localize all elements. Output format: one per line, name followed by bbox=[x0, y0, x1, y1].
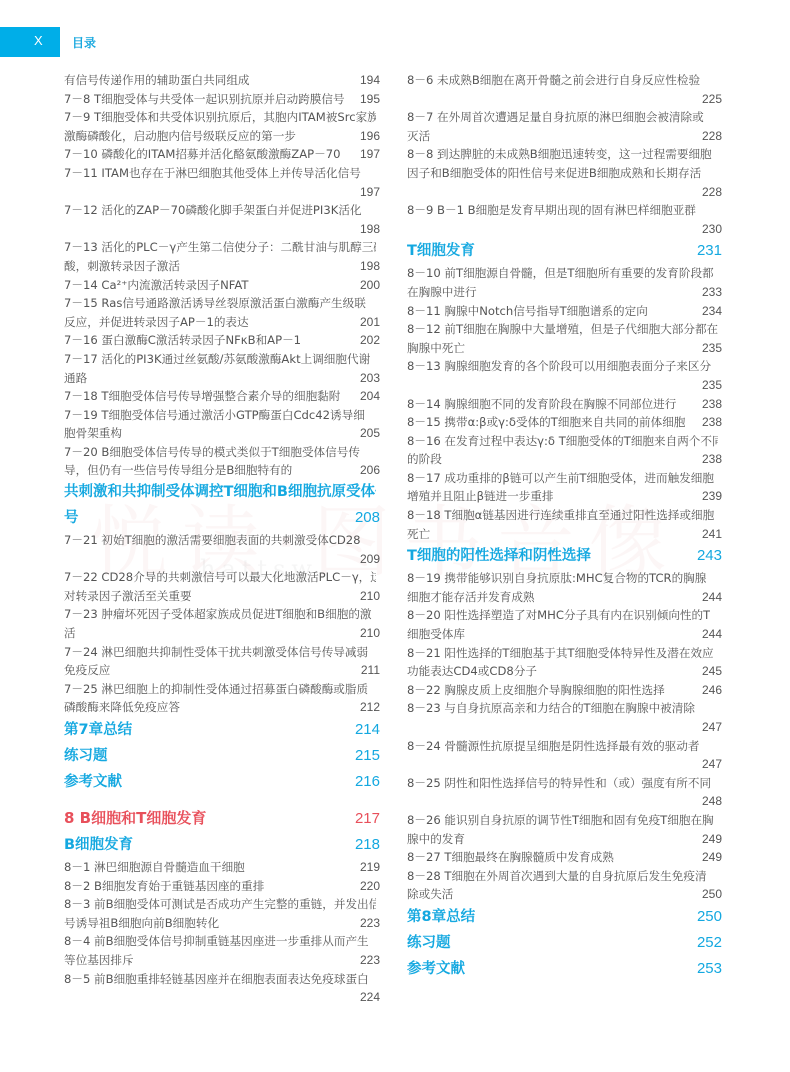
toc-entry-title: 8－14 胸腺细胞不同的发育阶段在胸腺不同部位进行 bbox=[407, 395, 676, 414]
toc-entry-title: 8－24 骨髓源性抗原提呈细胞是阴性选择最有效的驱动者 bbox=[407, 737, 699, 756]
toc-section-heading[interactable]: T细胞发育231 bbox=[407, 238, 722, 264]
toc-entry-title: 因子和B细胞受体的阳性信号来促进B细胞成熟和长期存活 bbox=[407, 164, 701, 183]
toc-page-number: 197 bbox=[356, 145, 380, 164]
toc-entry-title: 等位基因排斥 bbox=[64, 951, 134, 970]
toc-entry-title: 增殖并且阻止β链进一步重排 bbox=[407, 487, 554, 506]
toc-entry-title: 导，但仍有一些信号传导组分是B细胞特有的 bbox=[64, 461, 292, 480]
toc-entry-title: 号 bbox=[64, 506, 79, 531]
toc-page-number: 248 bbox=[698, 792, 722, 811]
toc-page-number: 208 bbox=[351, 505, 380, 530]
toc-entry-title: 练习题 bbox=[64, 744, 108, 769]
toc-page-number: 230 bbox=[698, 220, 722, 239]
toc-page-number: 233 bbox=[698, 283, 722, 302]
toc-entry-title: 7－16 蛋白激酶C激活转录因子NFκB和AP－1 bbox=[64, 331, 301, 350]
toc-page-number: 235 bbox=[698, 376, 722, 395]
toc-entry-title: 除或失活 bbox=[407, 885, 453, 904]
toc-entry-line[interactable]: 对转录因子激活至关重要210 bbox=[64, 587, 380, 606]
toc-entry-line[interactable]: 8－7 在外周首次遭遇足量自身抗原的淋巴细胞会被清除或 bbox=[407, 108, 722, 127]
toc-entry-title: 8－11 胸腺中Notch信号指导T细胞谱系的定向 bbox=[407, 302, 648, 321]
toc-entry-title: 参考文献 bbox=[64, 770, 122, 795]
toc-entry-title: 8－2 B细胞发育始于重链基因座的重排 bbox=[64, 877, 264, 896]
toc-entry-title: 7－19 T细胞受体信号通过激活小GTP酶蛋白Cdc42诱导细 bbox=[64, 406, 365, 425]
toc-entry-line[interactable]: 8－10 前T细胞源自骨髓，但是T细胞所有重要的发育阶段都 bbox=[407, 264, 722, 283]
toc-entry-line[interactable]: 8－13 胸腺细胞发育的各个阶段可以用细胞表面分子来区分 bbox=[407, 357, 722, 376]
toc-entry-line[interactable]: 免疫反应211 bbox=[64, 661, 380, 680]
toc-entry-line[interactable]: 等位基因排斥223 bbox=[64, 951, 380, 970]
toc-entry-line[interactable]: 除或失活250 bbox=[407, 885, 722, 904]
toc-entry-title: 7－20 B细胞受体信号传导的模式类似于T细胞受体信号传 bbox=[64, 443, 360, 462]
toc-entry-title: 8－18 T细胞α链基因进行连续重排直至通过阳性选择或细胞 bbox=[407, 506, 714, 525]
toc-entry-line[interactable]: 8－24 骨髓源性抗原提呈细胞是阴性选择最有效的驱动者 bbox=[407, 737, 722, 756]
toc-entry-line[interactable]: 7－9 T细胞受体和共受体识别抗原后，其胞内ITAM被Src家族 bbox=[64, 108, 380, 127]
toc-entry-line[interactable]: 8－1 淋巴细胞源自骨髓造血干细胞219 bbox=[64, 858, 380, 877]
toc-entry-title: 8－22 胸腺皮质上皮细胞介导胸腺细胞的阳性选择 bbox=[407, 681, 665, 700]
toc-entry-line[interactable]: 8－4 前B细胞受体信号抑制重链基因座进一步重排从而产生 bbox=[64, 932, 380, 951]
toc-page-number: 223 bbox=[356, 914, 380, 933]
toc-page-number: 204 bbox=[356, 387, 380, 406]
toc-entry-line[interactable]: 8－17 成功重排的β链可以产生前T细胞受体，进而触发细胞 bbox=[407, 469, 722, 488]
toc-page-number: 228 bbox=[698, 183, 722, 202]
toc-entry-line[interactable]: 8－18 T细胞α链基因进行连续重排直至通过阳性选择或细胞 bbox=[407, 506, 722, 525]
toc-entry-title: T细胞发育 bbox=[407, 239, 475, 264]
toc-page-number: 239 bbox=[698, 487, 722, 506]
toc-page-number: 250 bbox=[698, 885, 722, 904]
toc-entry-title: 7－18 T细胞受体信号传导增强整合素介导的细胞黏附 bbox=[64, 387, 340, 406]
toc-entry-title: 8－15 携带α:β或γ:δ受体的T细胞来自共同的前体细胞 bbox=[407, 413, 685, 432]
toc-page-number: 243 bbox=[693, 543, 722, 568]
toc-entry-line[interactable]: 7－13 活化的PLC－γ产生第二信使分子：二酰甘油与肌醇三磷 bbox=[64, 238, 380, 257]
toc-page-number: 198 bbox=[356, 220, 380, 239]
toc-entry-title: T细胞的阳性选择和阴性选择 bbox=[407, 544, 591, 569]
toc-entry-page-line[interactable]: 225 bbox=[407, 90, 722, 109]
toc-entry-line[interactable]: 胸腺中死亡235 bbox=[407, 339, 722, 358]
toc-entry-line[interactable]: 细胞才能存活并发育成熟244 bbox=[407, 588, 722, 607]
toc-entry-title: 练习题 bbox=[407, 931, 451, 956]
toc-page-number: 244 bbox=[698, 588, 722, 607]
toc-entry-line[interactable]: 7－11 ITAM也存在于淋巴细胞其他受体上并传导活化信号 bbox=[64, 164, 380, 183]
toc-entry-line[interactable]: 7－17 活化的PI3K通过丝氨酸/苏氨酸激酶Akt上调细胞代谢 bbox=[64, 350, 380, 369]
toc-entry-line[interactable]: 细胞受体库244 bbox=[407, 625, 722, 644]
toc-entry-page-line[interactable]: 235 bbox=[407, 376, 722, 395]
toc-entry-title: 磷酸酶来降低免疫应答 bbox=[64, 698, 180, 717]
toc-entry-line[interactable]: 7－23 肿瘤坏死因子受体超家族成员促进T细胞和B细胞的激 bbox=[64, 605, 380, 624]
page-title: 目录 bbox=[72, 34, 96, 51]
toc-page-number: 203 bbox=[356, 369, 380, 388]
toc-page-number: 219 bbox=[356, 858, 380, 877]
toc-entry-line[interactable]: 7－14 Ca²⁺内流激活转录因子NFAT200 bbox=[64, 276, 380, 295]
toc-entry-line[interactable]: 通路203 bbox=[64, 369, 380, 388]
toc-entry-title: 8－19 携带能够识别自身抗原肽:MHC复合物的TCR的胸腺 bbox=[407, 569, 706, 588]
toc-entry-line[interactable]: 灭活228 bbox=[407, 127, 722, 146]
toc-page-number: 241 bbox=[698, 525, 722, 544]
toc-section-heading[interactable]: 参考文献216 bbox=[64, 769, 380, 795]
toc-entry-title: B细胞发育 bbox=[64, 833, 133, 858]
toc-entry-line[interactable]: 7－21 初始T细胞的激活需要细胞表面的共刺激受体CD28 bbox=[64, 531, 380, 550]
toc-entry-title: 死亡 bbox=[407, 525, 430, 544]
toc-entry-title: 号诱导祖B细胞向前B细胞转化 bbox=[64, 914, 219, 933]
toc-entry-line[interactable]: 导，但仍有一些信号传导组分是B细胞特有的206 bbox=[64, 461, 380, 480]
toc-section-heading[interactable]: B细胞发育218 bbox=[64, 832, 380, 858]
toc-entry-line[interactable]: 7－22 CD28介导的共刺激信号可以最大化地激活PLC－γ，这 bbox=[64, 568, 380, 587]
toc-entry-title: 7－23 肿瘤坏死因子受体超家族成员促进T细胞和B细胞的激 bbox=[64, 605, 372, 624]
toc-entry-title: 8－4 前B细胞受体信号抑制重链基因座进一步重排从而产生 bbox=[64, 932, 369, 951]
toc-entry-line[interactable]: 8－6 未成熟B细胞在离开骨髓之前会进行自身反应性检验 bbox=[407, 71, 722, 90]
toc-page-number: 249 bbox=[698, 848, 722, 867]
toc-entry-line[interactable]: 反应，并促进转录因子AP－1的表达201 bbox=[64, 313, 380, 332]
toc-entry-title: 8－8 到达脾脏的未成熟B细胞迅速转变，这一过程需要细胞 bbox=[407, 145, 712, 164]
toc-entry-line[interactable]: 有信号传递作用的辅助蛋白共同组成194 bbox=[64, 71, 380, 90]
toc-entry-title: 8－16 在发育过程中表达γ:δ T细胞受体的T细胞来自两个不同 bbox=[407, 432, 718, 451]
toc-entry-line[interactable]: 8－25 阴性和阳性选择信号的特异性和（或）强度有所不同 bbox=[407, 774, 722, 793]
toc-page-number: 210 bbox=[356, 624, 380, 643]
toc-entry-title: 功能表达CD4或CD8分子 bbox=[407, 662, 537, 681]
toc-page-number: 196 bbox=[356, 127, 380, 146]
toc-entry-line[interactable]: 7－20 B细胞受体信号传导的模式类似于T细胞受体信号传 bbox=[64, 443, 380, 462]
toc-entry-page-line[interactable]: 198 bbox=[64, 220, 380, 239]
toc-entry-title: 酸，刺激转录因子激活 bbox=[64, 257, 180, 276]
toc-entry-title: 7－17 活化的PI3K通过丝氨酸/苏氨酸激酶Akt上调细胞代谢 bbox=[64, 350, 370, 369]
toc-page-number: 247 bbox=[698, 755, 722, 774]
toc-entry-line[interactable]: 8－8 到达脾脏的未成熟B细胞迅速转变，这一过程需要细胞 bbox=[407, 145, 722, 164]
toc-entry-line[interactable]: 8－26 能识别自身抗原的调节性T细胞和固有免疫T细胞在胸 bbox=[407, 811, 722, 830]
toc-entry-line[interactable]: 7－19 T细胞受体信号通过激活小GTP酶蛋白Cdc42诱导细 bbox=[64, 406, 380, 425]
page-number: X bbox=[34, 33, 43, 48]
toc-section-heading[interactable]: 共刺激和共抑制受体调控T细胞和B细胞抗原受体信 bbox=[64, 480, 380, 505]
toc-chapter-heading[interactable]: 8 B细胞和T细胞发育217 bbox=[64, 805, 380, 832]
toc-entry-title: 在胸腺中进行 bbox=[407, 283, 477, 302]
toc-entry-line[interactable]: 在胸腺中进行233 bbox=[407, 283, 722, 302]
toc-entry-title: 7－10 磷酸化的ITAM招募并活化酪氨酸激酶ZAP－70 bbox=[64, 145, 340, 164]
toc-right-column: 8－6 未成熟B细胞在离开骨髓之前会进行自身反应性检验2258－7 在外周首次遭… bbox=[407, 71, 722, 982]
toc-page-number: 194 bbox=[356, 71, 380, 90]
toc-page-number: 214 bbox=[351, 717, 380, 742]
toc-entry-title: 激酶磷酸化，启动胞内信号级联反应的第一步 bbox=[64, 127, 296, 146]
toc-left-column: 有信号传递作用的辅助蛋白共同组成1947－8 T细胞受体与共受体一起识别抗原并启… bbox=[64, 71, 380, 1007]
toc-page-number: 218 bbox=[351, 832, 380, 857]
toc-page-number: 210 bbox=[356, 587, 380, 606]
toc-page-number: 198 bbox=[356, 257, 380, 276]
toc-entry-title: 8－3 前B细胞受体可测试是否成功产生完整的重链，并发出信 bbox=[64, 895, 376, 914]
toc-entry-title: 8－12 前T细胞在胸腺中大量增殖，但是子代细胞大部分都在 bbox=[407, 320, 718, 339]
toc-page-number: 201 bbox=[356, 313, 380, 332]
toc-entry-line[interactable]: 8－3 前B细胞受体可测试是否成功产生完整的重链，并发出信 bbox=[64, 895, 380, 914]
toc-entry-line[interactable]: 8－20 阳性选择塑造了对MHC分子具有内在识别倾向性的T bbox=[407, 606, 722, 625]
toc-entry-page-line[interactable]: 247 bbox=[407, 755, 722, 774]
toc-entry-line[interactable]: 8－28 T细胞在外周首次遇到大量的自身抗原后发生免疫清 bbox=[407, 867, 722, 886]
toc-entry-title: 反应，并促进转录因子AP－1的表达 bbox=[64, 313, 249, 332]
toc-entry-title: 活 bbox=[64, 624, 76, 643]
toc-entry-line[interactable]: 8－9 B－1 B细胞是发育早期出现的固有淋巴样细胞亚群 bbox=[407, 201, 722, 220]
toc-entry-title: 8－28 T细胞在外周首次遇到大量的自身抗原后发生免疫清 bbox=[407, 867, 707, 886]
toc-entry-title: 8－26 能识别自身抗原的调节性T细胞和固有免疫T细胞在胸 bbox=[407, 811, 714, 830]
toc-section-heading[interactable]: 参考文献253 bbox=[407, 956, 722, 982]
toc-page-number: 238 bbox=[698, 395, 722, 414]
toc-entry-line[interactable]: 7－18 T细胞受体信号传导增强整合素介导的细胞黏附204 bbox=[64, 387, 380, 406]
toc-entry-title: 7－22 CD28介导的共刺激信号可以最大化地激活PLC－γ，这 bbox=[64, 568, 376, 587]
toc-entry-line[interactable]: 胞骨架重构205 bbox=[64, 424, 380, 443]
toc-page-number: 252 bbox=[693, 930, 722, 955]
toc-entry-title: 7－12 活化的ZAP－70磷酸化脚手架蛋白并促进PI3K活化 bbox=[64, 201, 362, 220]
toc-entry-line[interactable]: 功能表达CD4或CD8分子245 bbox=[407, 662, 722, 681]
toc-entry-line[interactable]: 7－15 Ras信号通路激活诱导丝裂原激活蛋白激酶产生级联 bbox=[64, 294, 380, 313]
toc-entry-line[interactable]: 7－25 淋巴细胞上的抑制性受体通过招募蛋白磷酸酶或脂质 bbox=[64, 680, 380, 699]
toc-entry-line[interactable]: 8－2 B细胞发育始于重链基因座的重排220 bbox=[64, 877, 380, 896]
toc-page-number: 217 bbox=[351, 806, 380, 832]
toc-entry-title: 7－25 淋巴细胞上的抑制性受体通过招募蛋白磷酸酶或脂质 bbox=[64, 680, 368, 699]
toc-entry-page-line[interactable]: 197 bbox=[64, 183, 380, 202]
toc-entry-title: 的阶段 bbox=[407, 450, 442, 469]
toc-entry-line[interactable]: 激酶磷酸化，启动胞内信号级联反应的第一步196 bbox=[64, 127, 380, 146]
toc-entry-line[interactable]: 7－8 T细胞受体与共受体一起识别抗原并启动跨膜信号195 bbox=[64, 90, 380, 109]
toc-section-heading[interactable]: 第7章总结214 bbox=[64, 717, 380, 743]
toc-entry-line[interactable]: 8－19 携带能够识别自身抗原肽:MHC复合物的TCR的胸腺 bbox=[407, 569, 722, 588]
toc-entry-title: 7－24 淋巴细胞共抑制性受体干扰共刺激受体信号传导减弱 bbox=[64, 643, 368, 662]
toc-page-number: 245 bbox=[698, 662, 722, 681]
toc-page-number: 200 bbox=[356, 276, 380, 295]
toc-page-number: 224 bbox=[356, 988, 380, 1007]
toc-page-number: 197 bbox=[356, 183, 380, 202]
toc-page-number: 211 bbox=[357, 661, 380, 680]
toc-entry-title: 8－9 B－1 B细胞是发育早期出现的固有淋巴样细胞亚群 bbox=[407, 201, 696, 220]
toc-entry-page-line[interactable]: 247 bbox=[407, 718, 722, 737]
toc-entry-page-line[interactable]: 228 bbox=[407, 183, 722, 202]
toc-entry-title: 8－17 成功重排的β链可以产生前T细胞受体，进而触发细胞 bbox=[407, 469, 714, 488]
toc-entry-line[interactable]: 8－27 T细胞最终在胸腺髓质中发育成熟249 bbox=[407, 848, 722, 867]
toc-page-number: 231 bbox=[693, 238, 722, 263]
toc-section-heading[interactable]: 练习题252 bbox=[407, 930, 722, 956]
toc-entry-line[interactable]: 7－12 活化的ZAP－70磷酸化脚手架蛋白并促进PI3K活化 bbox=[64, 201, 380, 220]
toc-page-number: 234 bbox=[698, 302, 722, 321]
toc-entry-title: 8－23 与自身抗原高亲和力结合的T细胞在胸腺中被清除 bbox=[407, 699, 695, 718]
toc-entry-page-line[interactable]: 209 bbox=[64, 550, 380, 569]
toc-entry-line[interactable]: 8－23 与自身抗原高亲和力结合的T细胞在胸腺中被清除 bbox=[407, 699, 722, 718]
toc-entry-line[interactable]: 增殖并且阻止β链进一步重排239 bbox=[407, 487, 722, 506]
toc-entry-title: 7－8 T细胞受体与共受体一起识别抗原并启动跨膜信号 bbox=[64, 90, 345, 109]
toc-page-number: 253 bbox=[693, 956, 722, 981]
toc-page-number: 228 bbox=[698, 127, 722, 146]
toc-page-number: 244 bbox=[698, 625, 722, 644]
toc-entry-line[interactable]: 8－12 前T细胞在胸腺中大量增殖，但是子代细胞大部分都在 bbox=[407, 320, 722, 339]
toc-entry-line[interactable]: 酸，刺激转录因子激活198 bbox=[64, 257, 380, 276]
toc-entry-line[interactable]: 活210 bbox=[64, 624, 380, 643]
toc-entry-title: 8 B细胞和T细胞发育 bbox=[64, 805, 206, 831]
toc-entry-title: 第7章总结 bbox=[64, 718, 132, 743]
toc-entry-title: 胸腺中死亡 bbox=[407, 339, 465, 358]
toc-entry-page-line[interactable]: 230 bbox=[407, 220, 722, 239]
toc-entry-line[interactable]: 的阶段238 bbox=[407, 450, 722, 469]
toc-entry-title: 7－9 T细胞受体和共受体识别抗原后，其胞内ITAM被Src家族 bbox=[64, 108, 376, 127]
toc-page-number: 220 bbox=[356, 877, 380, 896]
toc-entry-title: 8－27 T细胞最终在胸腺髓质中发育成熟 bbox=[407, 848, 614, 867]
toc-entry-title: 7－21 初始T细胞的激活需要细胞表面的共刺激受体CD28 bbox=[64, 531, 361, 550]
toc-section-heading[interactable]: 号208 bbox=[64, 505, 380, 531]
toc-entry-title: 8－10 前T细胞源自骨髓，但是T细胞所有重要的发育阶段都 bbox=[407, 264, 714, 283]
toc-page-number: 202 bbox=[356, 331, 380, 350]
toc-entry-title: 有信号传递作用的辅助蛋白共同组成 bbox=[64, 71, 250, 90]
toc-entry-title: 细胞才能存活并发育成熟 bbox=[407, 588, 535, 607]
toc-entry-title: 8－6 未成熟B细胞在离开骨髓之前会进行自身反应性检验 bbox=[407, 71, 700, 90]
toc-section-heading[interactable]: T细胞的阳性选择和阴性选择243 bbox=[407, 543, 722, 569]
toc-page-number: 250 bbox=[693, 904, 722, 929]
toc-entry-line[interactable]: 7－16 蛋白激酶C激活转录因子NFκB和AP－1202 bbox=[64, 331, 380, 350]
toc-page-number: 223 bbox=[356, 951, 380, 970]
toc-entry-line[interactable]: 腺中的发育249 bbox=[407, 830, 722, 849]
toc-entry-line[interactable]: 8－16 在发育过程中表达γ:δ T细胞受体的T细胞来自两个不同 bbox=[407, 432, 722, 451]
toc-entry-title: 8－25 阴性和阳性选择信号的特异性和（或）强度有所不同 bbox=[407, 774, 711, 793]
toc-page-number: 195 bbox=[356, 90, 380, 109]
toc-entry-title: 灭活 bbox=[407, 127, 430, 146]
toc-entry-title: 共刺激和共抑制受体调控T细胞和B细胞抗原受体信 bbox=[64, 480, 376, 505]
toc-page-number: 215 bbox=[351, 743, 380, 768]
toc-page-number: 235 bbox=[698, 339, 722, 358]
toc-entry-title: 参考文献 bbox=[407, 957, 465, 982]
toc-entry-line[interactable]: 死亡241 bbox=[407, 525, 722, 544]
page-number-tab bbox=[0, 27, 60, 57]
toc-entry-page-line[interactable]: 224 bbox=[64, 988, 380, 1007]
toc-entry-line[interactable]: 8－15 携带α:β或γ:δ受体的T细胞来自共同的前体细胞238 bbox=[407, 413, 722, 432]
toc-entry-title: 7－15 Ras信号通路激活诱导丝裂原激活蛋白激酶产生级联 bbox=[64, 294, 366, 313]
toc-page-number: 209 bbox=[356, 550, 380, 569]
toc-page-number: 225 bbox=[698, 90, 722, 109]
toc-entry-line[interactable]: 8－5 前B细胞重排轻链基因座并在细胞表面表达免疫球蛋白 bbox=[64, 970, 380, 989]
toc-page-number: 246 bbox=[698, 681, 722, 700]
toc-page-number: 238 bbox=[698, 450, 722, 469]
toc-entry-line[interactable]: 磷酸酶来降低免疫应答212 bbox=[64, 698, 380, 717]
toc-entry-line[interactable]: 号诱导祖B细胞向前B细胞转化223 bbox=[64, 914, 380, 933]
toc-entry-title: 8－7 在外周首次遭遇足量自身抗原的淋巴细胞会被清除或 bbox=[407, 108, 704, 127]
toc-page-number: 205 bbox=[356, 424, 380, 443]
toc-entry-title: 细胞受体库 bbox=[407, 625, 465, 644]
toc-page-number: 247 bbox=[698, 718, 722, 737]
toc-section-heading[interactable]: 第8章总结250 bbox=[407, 904, 722, 930]
toc-page-number: 206 bbox=[356, 461, 380, 480]
toc-entry-line[interactable]: 7－24 淋巴细胞共抑制性受体干扰共刺激受体信号传导减弱 bbox=[64, 643, 380, 662]
toc-entry-title: 7－14 Ca²⁺内流激活转录因子NFAT bbox=[64, 276, 249, 295]
toc-entry-title: 8－21 阳性选择的T细胞基于其T细胞受体特异性及潜在效应 bbox=[407, 644, 714, 663]
toc-entry-title: 7－13 活化的PLC－γ产生第二信使分子：二酰甘油与肌醇三磷 bbox=[64, 238, 376, 257]
toc-entry-title: 胞骨架重构 bbox=[64, 424, 122, 443]
toc-entry-title: 8－1 淋巴细胞源自骨髓造血干细胞 bbox=[64, 858, 245, 877]
toc-entry-title: 免疫反应 bbox=[64, 661, 110, 680]
toc-entry-line[interactable]: 8－11 胸腺中Notch信号指导T细胞谱系的定向234 bbox=[407, 302, 722, 321]
toc-entry-line[interactable]: 8－22 胸腺皮质上皮细胞介导胸腺细胞的阳性选择246 bbox=[407, 681, 722, 700]
toc-entry-title: 8－13 胸腺细胞发育的各个阶段可以用细胞表面分子来区分 bbox=[407, 357, 711, 376]
toc-entry-title: 8－5 前B细胞重排轻链基因座并在细胞表面表达免疫球蛋白 bbox=[64, 970, 369, 989]
toc-page-number: 249 bbox=[698, 830, 722, 849]
toc-page-number: 238 bbox=[698, 413, 722, 432]
toc-entry-title: 通路 bbox=[64, 369, 87, 388]
toc-entry-line[interactable]: 8－21 阳性选择的T细胞基于其T细胞受体特异性及潜在效应 bbox=[407, 644, 722, 663]
toc-entry-title: 7－11 ITAM也存在于淋巴细胞其他受体上并传导活化信号 bbox=[64, 164, 361, 183]
toc-page-number: 212 bbox=[356, 698, 380, 717]
toc-entry-title: 腺中的发育 bbox=[407, 830, 465, 849]
toc-entry-title: 第8章总结 bbox=[407, 905, 475, 930]
toc-entry-page-line[interactable]: 248 bbox=[407, 792, 722, 811]
toc-entry-title: 对转录因子激活至关重要 bbox=[64, 587, 192, 606]
toc-section-heading[interactable]: 练习题215 bbox=[64, 743, 380, 769]
toc-entry-line[interactable]: 8－14 胸腺细胞不同的发育阶段在胸腺不同部位进行238 bbox=[407, 395, 722, 414]
toc-entry-line[interactable]: 7－10 磷酸化的ITAM招募并活化酪氨酸激酶ZAP－70197 bbox=[64, 145, 380, 164]
toc-page-number: 216 bbox=[351, 769, 380, 794]
toc-entry-line[interactable]: 因子和B细胞受体的阳性信号来促进B细胞成熟和长期存活 bbox=[407, 164, 722, 183]
toc-entry-title: 8－20 阳性选择塑造了对MHC分子具有内在识别倾向性的T bbox=[407, 606, 710, 625]
